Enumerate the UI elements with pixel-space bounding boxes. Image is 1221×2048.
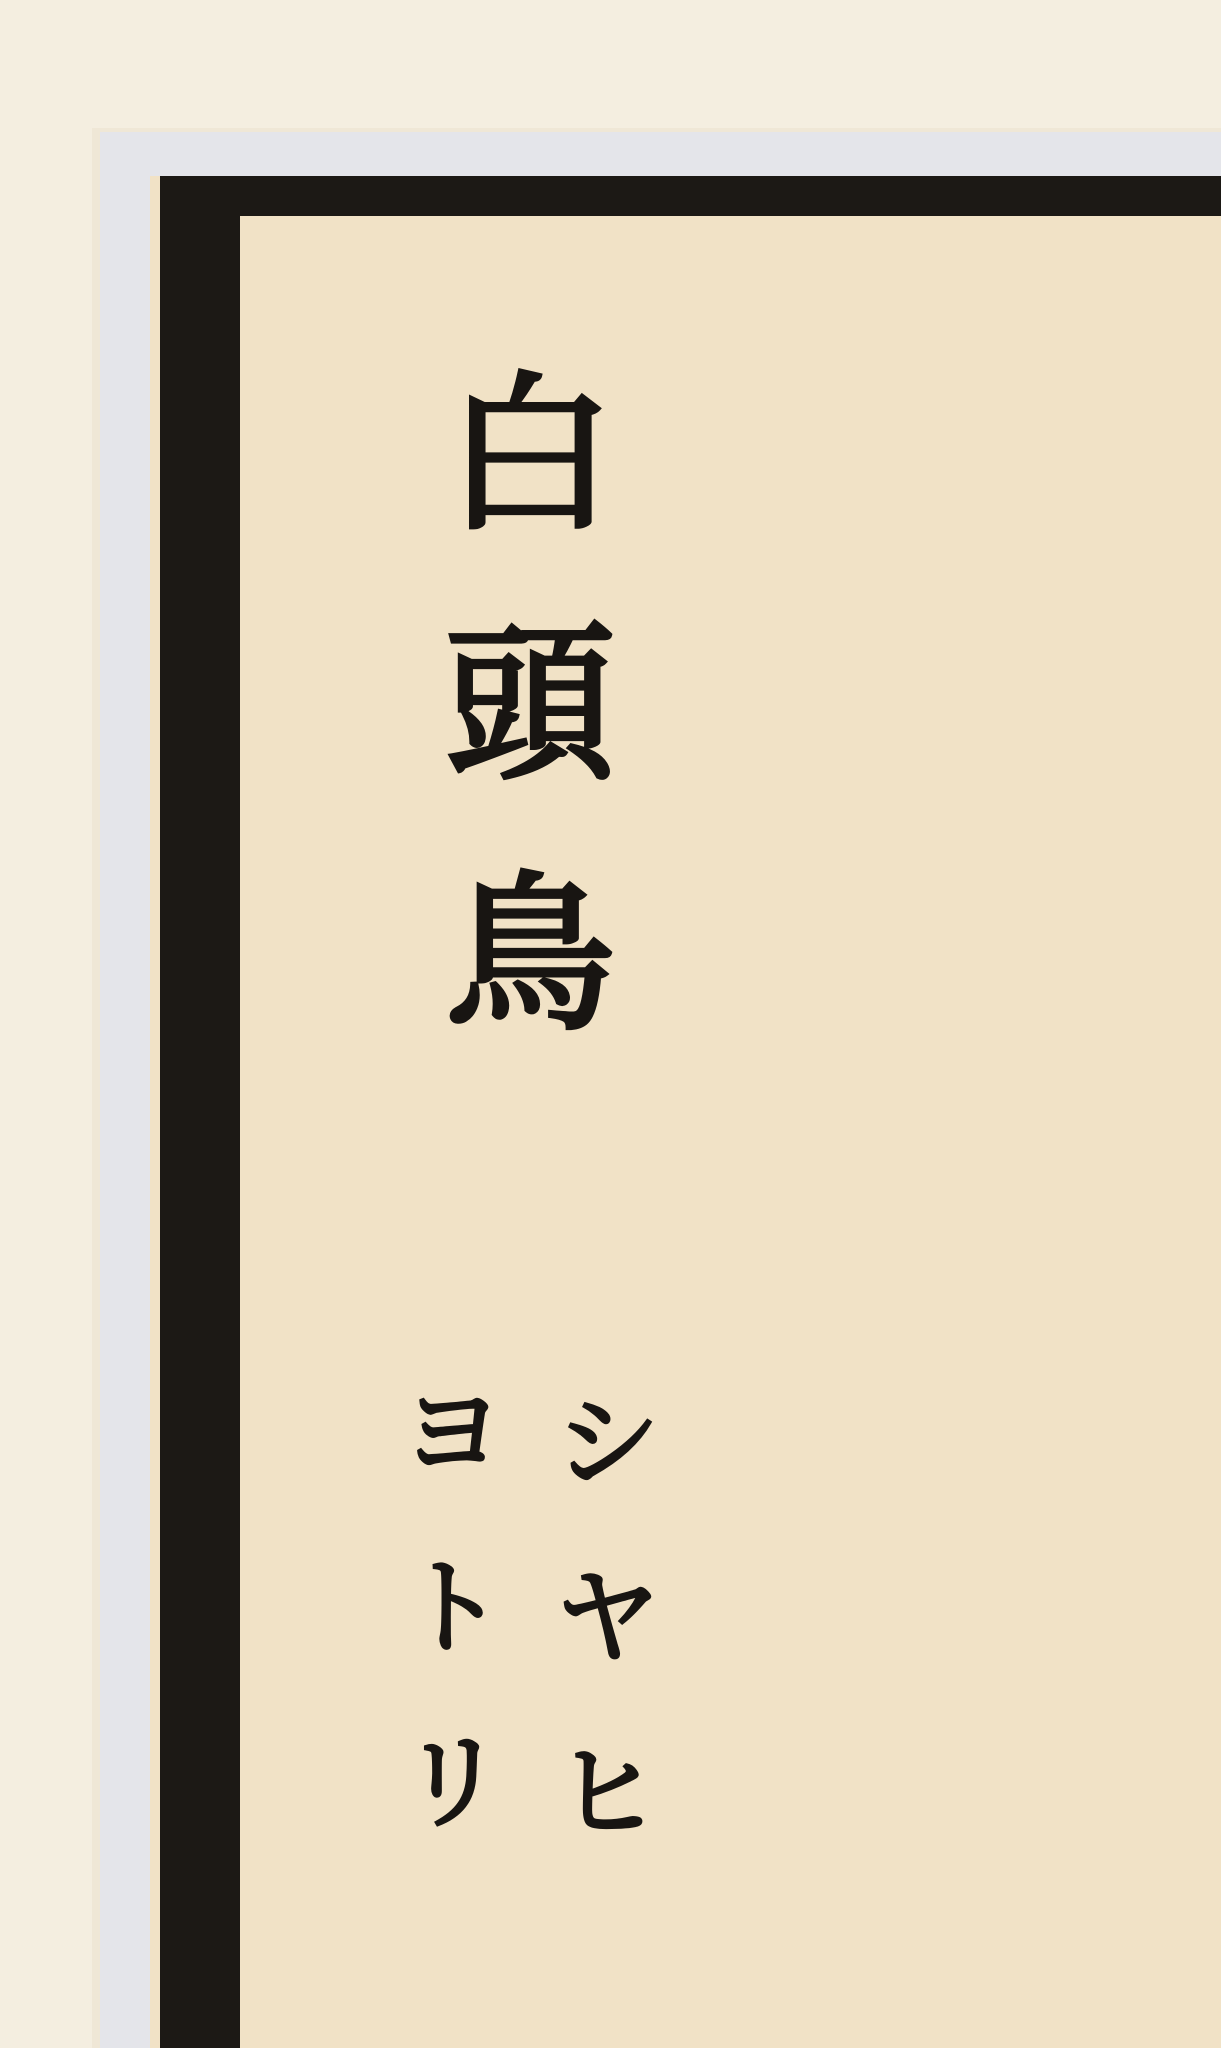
kanji-char: 鳥 — [445, 870, 615, 1040]
kana-char: ト — [400, 1555, 505, 1660]
print-paper — [150, 176, 1221, 2048]
kana-char: ヨ — [400, 1380, 505, 1485]
print-border-top — [160, 176, 1221, 216]
kana-char: ヤ — [555, 1565, 660, 1670]
reading-left-column: ヨ ト リ — [400, 1380, 505, 1835]
reading-right-column: シ ヤ ヒ — [555, 1390, 660, 1845]
kana-char: シ — [555, 1390, 660, 1495]
kanji-char: 白 — [445, 370, 615, 540]
title-kanji: 白 頭 鳥 — [440, 370, 620, 1040]
kana-char: リ — [400, 1730, 505, 1835]
kanji-char: 頭 — [445, 620, 615, 790]
kana-char: ヒ — [555, 1740, 660, 1845]
print-border-left — [160, 176, 240, 2048]
